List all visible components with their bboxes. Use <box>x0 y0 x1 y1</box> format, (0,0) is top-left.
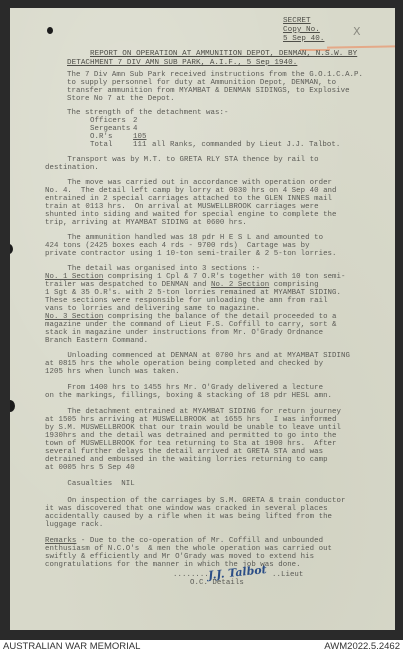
classification-marking: SECRET <box>283 18 311 26</box>
hole-punch-mid <box>10 244 13 254</box>
scan-frame: X SECRET Copy No. 5 Sep 40. REPORT ON OP… <box>0 0 403 640</box>
hole-punch-top <box>47 27 53 34</box>
report-title-line1: REPORT ON OPERATION AT AMMUNITION DEPOT,… <box>90 51 357 59</box>
copy-number-label: Copy No. <box>283 27 320 35</box>
pencil-x-mark: X <box>353 25 361 38</box>
document-page: X SECRET Copy No. 5 Sep 40. REPORT ON OP… <box>10 8 395 630</box>
section-3-label: No. 3 Section <box>45 313 103 321</box>
signatory-role: O.C. Details <box>190 580 244 588</box>
orange-pencil-line <box>327 45 395 48</box>
archive-reference-id: AWM2022.5.2462 <box>324 641 400 652</box>
archive-name: AUSTRALIAN WAR MEMORIAL <box>3 641 140 652</box>
hole-punch-bottom <box>10 400 15 412</box>
remarks-label: Remarks <box>45 537 76 545</box>
casualties-line: Casualties NIL <box>45 481 135 489</box>
section-2-label: No. 2 Section <box>211 281 269 289</box>
classification-date: 5 Sep 40. <box>283 36 324 44</box>
archive-footer: AUSTRALIAN WAR MEMORIAL AWM2022.5.2462 <box>0 640 403 653</box>
report-title-line2: DETACHMENT 7 DIV AMN SUB PARK, A.I.F., 5… <box>67 60 297 68</box>
section-1-label: No. 1 Section <box>45 273 103 281</box>
